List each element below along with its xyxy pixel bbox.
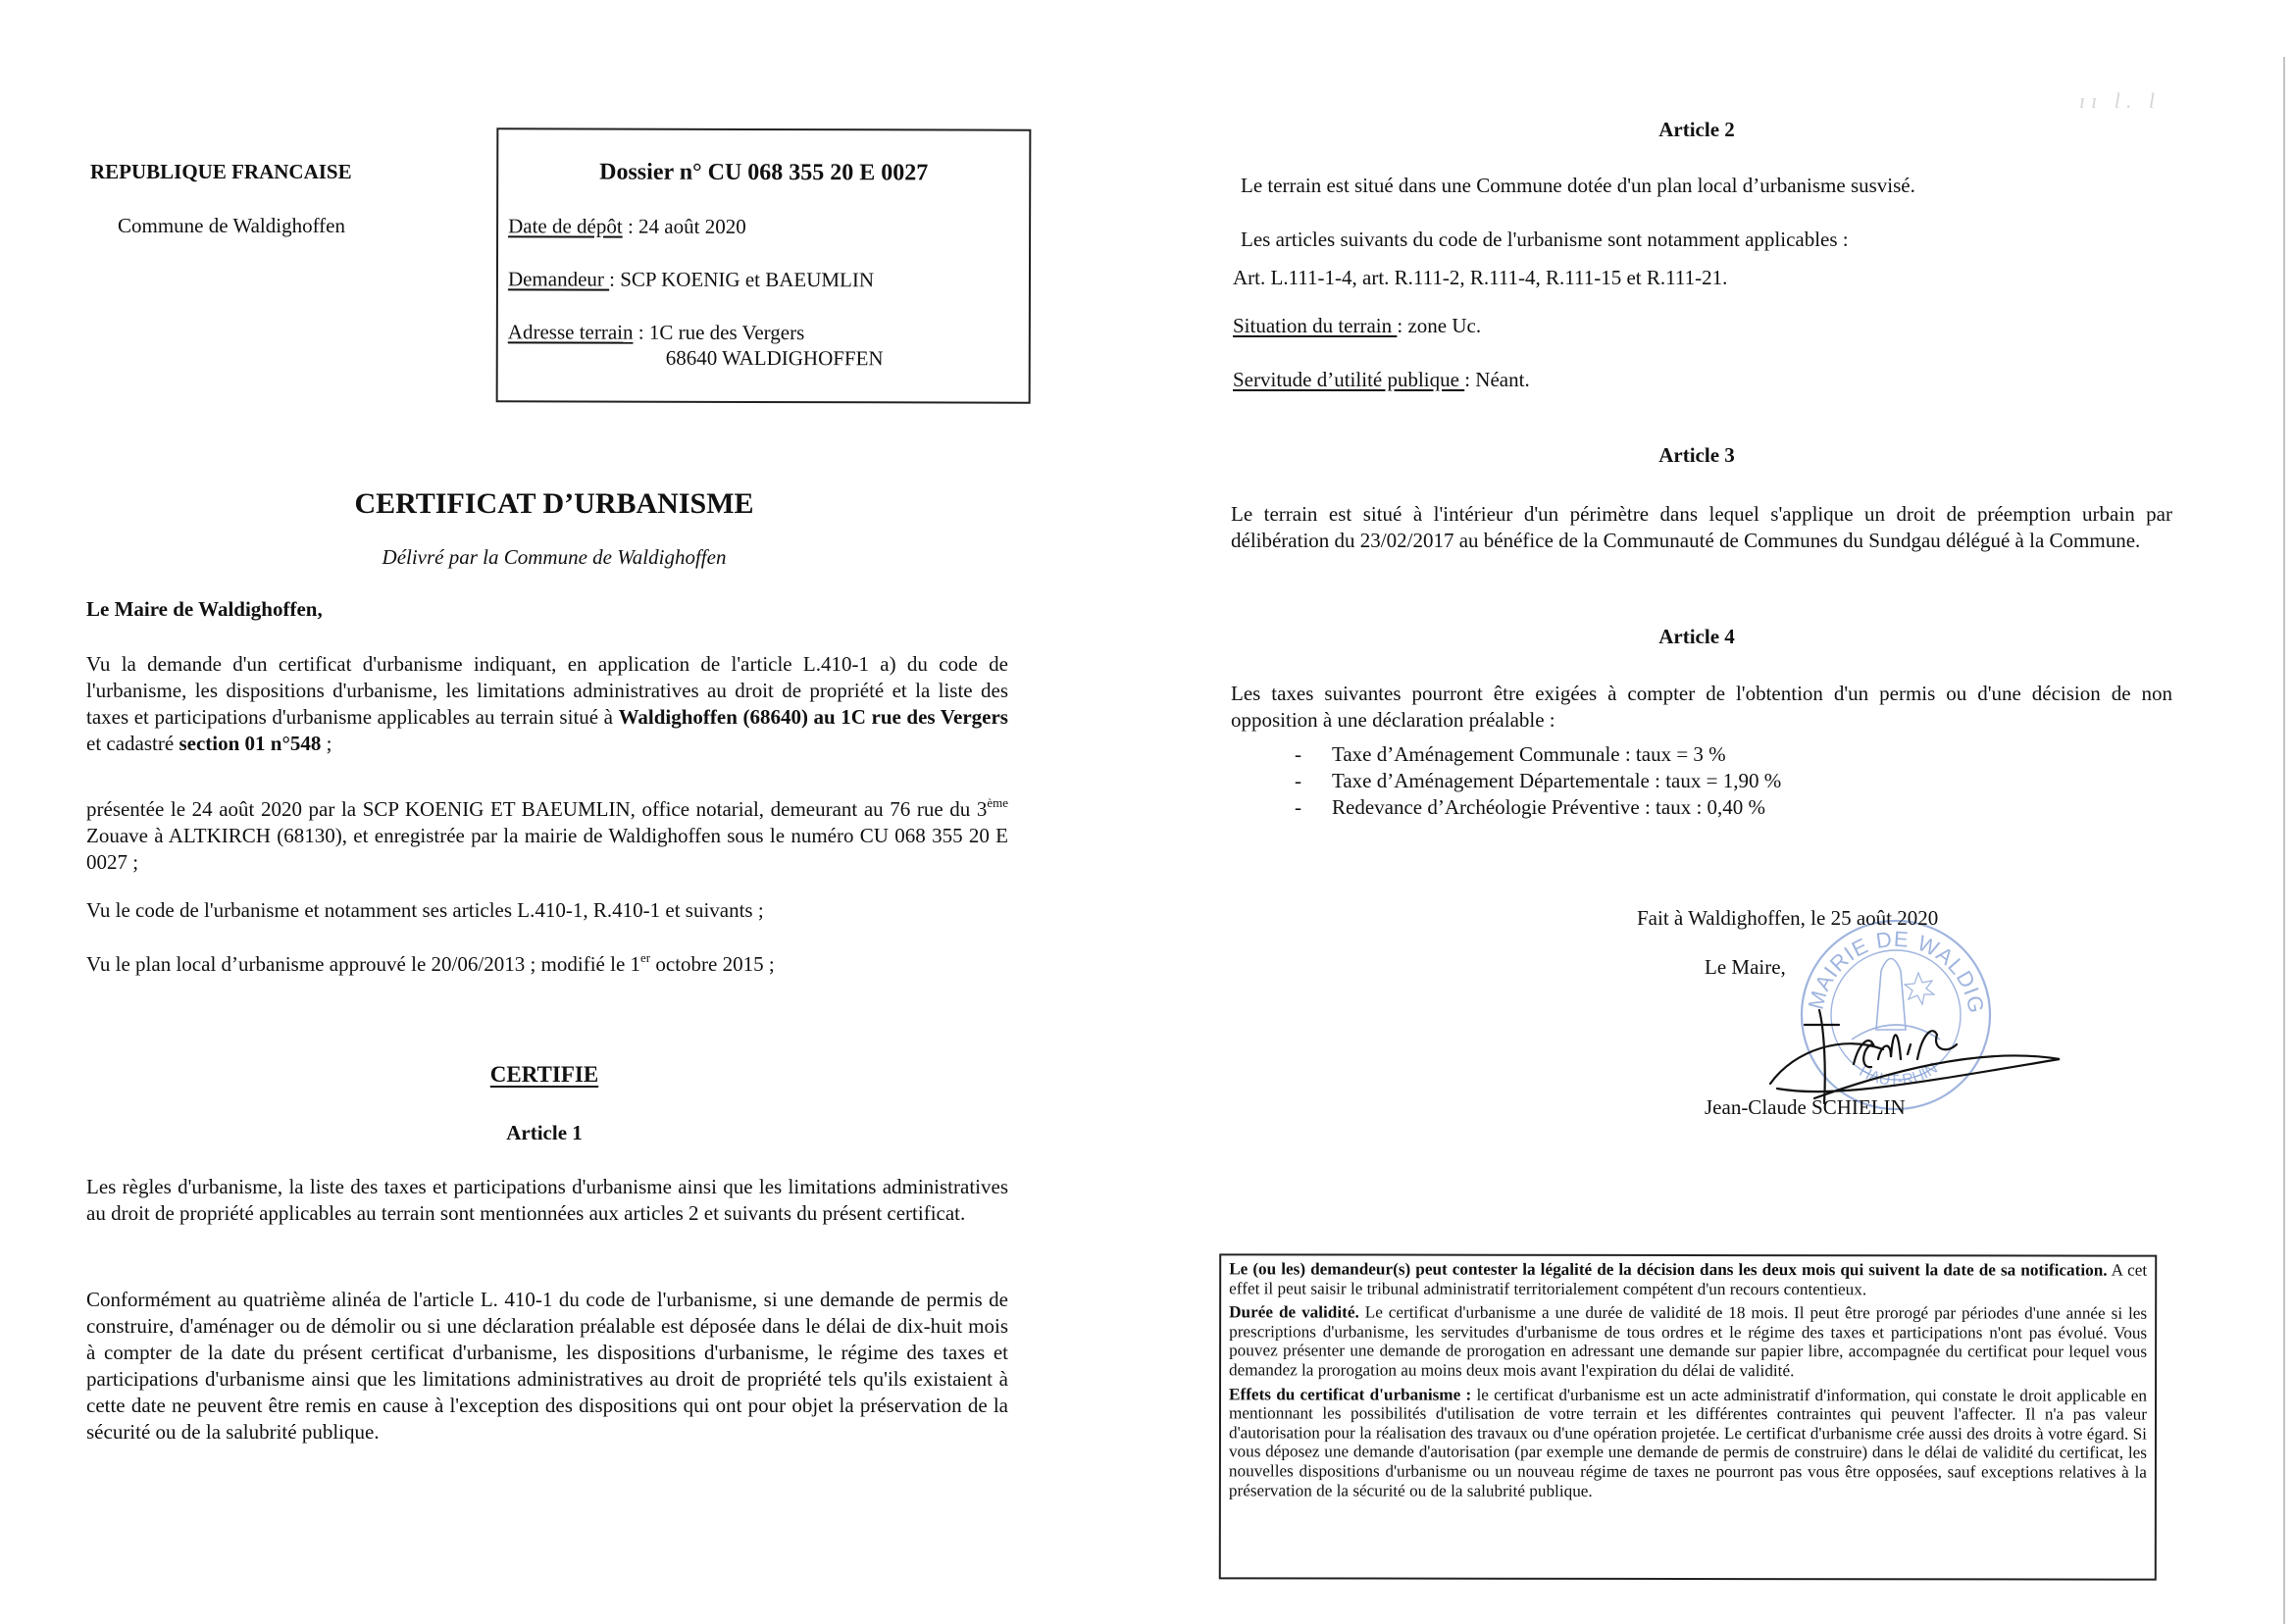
terrain-location: Waldighoffen (68640) au 1C rue des Verge…: [619, 705, 1008, 729]
article-3-heading: Article 3: [1216, 443, 2177, 468]
applicant-label: Demandeur: [508, 267, 609, 290]
visa-plu: Vu le plan local d’urbanisme approuvé le…: [86, 951, 1008, 978]
scan-edge-line: [2283, 57, 2285, 1624]
cadastre-reference: section 01 n°548: [178, 732, 321, 755]
situation-row: Situation du terrain : zone Uc.: [1233, 313, 1481, 339]
article-1-paragraph-1: Les règles d'urbanisme, la liste des tax…: [86, 1174, 1008, 1227]
visa-demande: Vu la demande d'un certificat d'urbanism…: [86, 651, 1008, 757]
article-4-heading: Article 4: [1216, 625, 2177, 649]
republique-francaise-heading: REPUBLIQUE FRANCAISE: [90, 160, 352, 184]
article-3-paragraph: Le terrain est situé à l'intérieur d'un …: [1231, 501, 2172, 554]
notice-bold: Effets du certificat d'urbanisme :: [1229, 1385, 1471, 1403]
situation-value: : zone Uc.: [1397, 314, 1481, 337]
dossier-box: Dossier n° CU 068 355 20 E 0027 Date de …: [496, 127, 1032, 403]
maire-heading: Le Maire de Waldighoffen,: [86, 597, 323, 622]
address-line-1: : 1C rue des Vergers: [633, 321, 804, 344]
legal-notice-box: Le (ou les) demandeur(s) peut contester …: [1219, 1253, 2157, 1580]
certifie-heading: CERTIFIE: [0, 1062, 1089, 1088]
dossier-number: Dossier n° CU 068 355 20 E 0027: [498, 159, 1029, 186]
notice-validite: Durée de validité. Le certificat d'urban…: [1229, 1303, 2147, 1382]
mayor-signature-icon: [1765, 990, 2069, 1108]
tax-item: -Taxe d’Aménagement Communale : taux = 3…: [1295, 742, 1726, 767]
deposit-date-value: : 24 août 2020: [623, 215, 746, 238]
visa-code: Vu le code de l'urbanisme et notamment s…: [86, 897, 1008, 924]
notice-recours: Le (ou les) demandeur(s) peut contester …: [1229, 1259, 2147, 1298]
servitude-label: Servitude d’utilité publique: [1233, 368, 1464, 391]
servitude-value: : Néant.: [1464, 368, 1529, 391]
article-1-paragraph-2: Conformément au quatrième alinéa de l'ar…: [86, 1287, 1008, 1446]
address-line-2: 68640 WALDIGHOFFEN: [666, 346, 884, 372]
tax-item: -Taxe d’Aménagement Départementale : tau…: [1295, 769, 1781, 793]
visa-text: Vu le plan local d’urbanisme approuvé le…: [86, 952, 640, 976]
address-row: Adresse terrain : 1C rue des Vergers: [508, 320, 805, 345]
notice-bold: Durée de validité.: [1229, 1303, 1359, 1322]
deposit-date-label: Date de dépôt: [508, 214, 623, 237]
applicant-value: : SCP KOENIG et BAEUMLIN: [609, 268, 874, 292]
article-2-heading: Article 2: [1216, 118, 2177, 142]
superscript: ème: [987, 795, 1008, 810]
applicant-row: Demandeur : SCP KOENIG et BAEUMLIN: [508, 267, 874, 292]
situation-label: Situation du terrain: [1233, 314, 1397, 337]
commune-name: Commune de Waldighoffen: [118, 214, 345, 238]
visa-text: et cadastré: [86, 732, 178, 755]
faint-handwritten-mark: ıı l. l: [2079, 88, 2161, 114]
bullet-dash: -: [1295, 795, 1332, 820]
tax-text: Taxe d’Aménagement Départementale : taux…: [1332, 769, 1781, 792]
notice-text: Le certificat d'urbanisme a une durée de…: [1229, 1303, 2147, 1380]
visa-text: ;: [321, 732, 331, 755]
signature-place-date: Fait à Waldighoffen, le 25 août 2020: [1637, 906, 1938, 931]
visa-presentation: présentée le 24 août 2020 par la SCP KOE…: [86, 796, 1008, 876]
tax-text: Taxe d’Aménagement Communale : taux = 3 …: [1332, 742, 1726, 766]
address-label: Adresse terrain: [508, 320, 634, 343]
visa-text: octobre 2015 ;: [650, 952, 775, 976]
notice-effets: Effets du certificat d'urbanisme : le ce…: [1229, 1385, 2147, 1501]
bullet-dash: -: [1295, 769, 1332, 793]
notice-bold: Le (ou les) demandeur(s) peut contester …: [1229, 1259, 2107, 1279]
deposit-date-row: Date de dépôt : 24 août 2020: [508, 214, 746, 239]
document-title: CERTIFICAT D’URBANISME: [0, 487, 1108, 521]
document-subtitle: Délivré par la Commune de Waldighoffen: [0, 545, 1108, 570]
bullet-dash: -: [1295, 742, 1332, 767]
tax-text: Redevance d’Archéologie Préventive : tau…: [1332, 795, 1765, 819]
visa-text: Zouave à ALTKIRCH (68130), et enregistré…: [86, 824, 1008, 874]
article-1-heading: Article 1: [0, 1121, 1089, 1145]
signatory-role: Le Maire,: [1705, 955, 1786, 980]
article-2-applicable-intro: Les articles suivants du code de l'urban…: [1241, 227, 1849, 253]
article-2-applicable-articles: Art. L.111-1-4, art. R.111-2, R.111-4, R…: [1233, 265, 1727, 291]
visa-text: présentée le 24 août 2020 par la SCP KOE…: [86, 797, 987, 821]
tax-item: -Redevance d’Archéologie Préventive : ta…: [1295, 795, 1765, 820]
article-2-plu-statement: Le terrain est situé dans une Commune do…: [1241, 173, 1915, 199]
superscript: er: [640, 950, 650, 965]
signatory-name: Jean-Claude SCHIELIN: [1705, 1095, 1906, 1120]
article-4-paragraph: Les taxes suivantes pourront être exigée…: [1231, 681, 2172, 734]
servitude-row: Servitude d’utilité publique : Néant.: [1233, 367, 1530, 393]
